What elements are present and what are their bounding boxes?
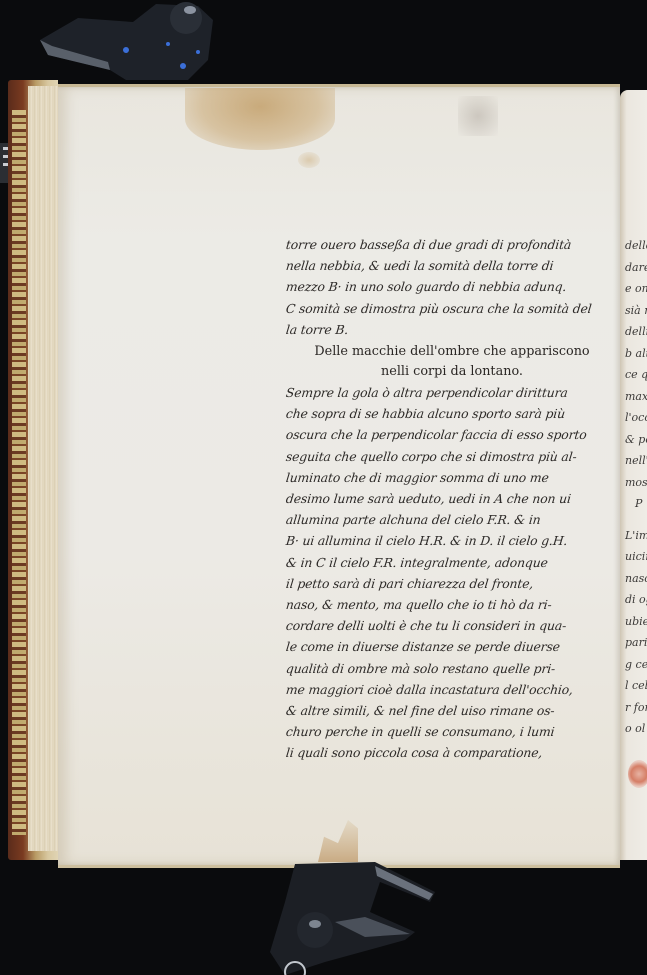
facing-line [625,515,647,525]
facing-line: ce qu [625,364,647,386]
text-line: oscura che la perpendicolar faccia di es… [285,424,619,445]
text-line: naso, & mento, ma quello che io ti hò da… [285,594,619,615]
facing-line: uicin [625,546,647,568]
facing-line: l celi [625,675,647,697]
gilt-tooled-border [12,110,26,835]
text-line: allumina parte alchuna del cielo F.R. & … [285,509,619,530]
text-line: nella nebbia, & uedi la somità della tor… [285,255,619,276]
text-line: seguita che quello corpo che si dimostra… [285,446,619,467]
facing-line: mostr [625,472,647,494]
water-stain-top [185,88,335,150]
facing-line: e om [625,278,647,300]
facing-line: parie [625,632,647,654]
text-line: li quali sono piccola cosa à comparation… [285,742,619,763]
facing-line: & per [625,429,647,451]
facing-line: sià n [625,300,647,322]
facing-line: delli [625,321,647,343]
book-clamp-bottom [265,862,445,975]
facing-line: o ol [625,718,647,735]
text-line: che sopra di se habbia alcuno sporto sar… [285,403,619,424]
text-line: C somità se dimostra più oscura che la s… [285,298,619,319]
text-line: Sempre la gola ò altra perpendicolar dir… [285,382,619,403]
text-line: il petto sarà di pari chiarezza del fron… [285,573,619,594]
text-line: le come in diuerse distanze se perde diu… [285,636,619,657]
facing-page-text: delle dare e om sià n delli b altr ce qu… [625,235,647,735]
manuscript-text: torre ouero basseßa di due gradi di prof… [286,234,618,764]
text-line: B· ui allumina il cielo H.R. & in D. il … [285,530,619,551]
facing-line: P [625,493,647,515]
text-line: mezzo B· in uno solo guardo di nebbia ad… [285,276,619,297]
facing-line: nell' [625,450,647,472]
text-line: churo perche in quelli se consumano, i l… [285,721,619,742]
text-line: & in C il cielo F.R. integralmente, adon… [285,552,619,573]
main-passage: Sempre la gola ò altra perpendicolar dir… [286,382,618,764]
facing-line: L'ime [625,525,647,547]
book-clamp-top [38,0,213,80]
manuscript-photograph: delle dare e om sià n delli b altr ce qu… [0,0,647,975]
facing-line: l'occh [625,407,647,429]
text-line: torre ouero basseßa di due gradi di prof… [285,234,619,255]
text-line: la torre B. [285,319,619,340]
chapter-heading-line-2: nelli corpi da lontano. [286,362,618,382]
water-stain-spot [298,152,320,168]
text-line: & altre simili, & nel fine del uiso rima… [285,700,619,721]
text-line: cordare delli uolti è che tu li consider… [285,615,619,636]
text-line: desimo lume sarà ueduto, uedi in A che n… [285,488,619,509]
facing-line: b altr [625,343,647,365]
facing-line: maxie [625,386,647,408]
text-line: luminato che di maggior somma di uno me [285,467,619,488]
facing-line: nasce [625,568,647,590]
text-line: me maggiori cioè dalla incastatura dell'… [285,679,619,700]
facing-line: ubiett [625,611,647,633]
foxing-mark [458,96,498,136]
facing-line: delle [625,235,647,257]
facing-line: di og [625,589,647,611]
facing-line: g cela [625,654,647,676]
facing-line: dare [625,257,647,279]
facing-line: r fora [625,697,647,719]
library-stamp [628,760,647,788]
chapter-heading-line-1: Delle macchie dell'ombre che apparisconο [286,342,618,362]
text-line: qualità di ombre mà solo restano quelle … [285,658,619,679]
upper-passage: torre ouero basseßa di due gradi di prof… [286,234,618,340]
